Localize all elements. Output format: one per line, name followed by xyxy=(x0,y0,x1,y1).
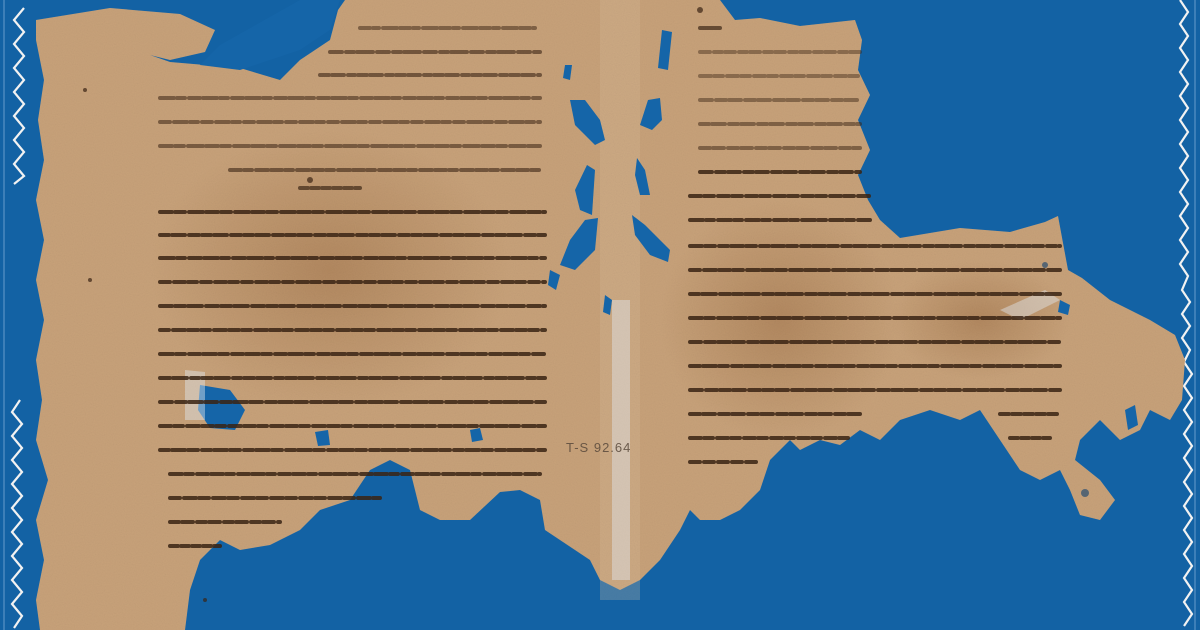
shelfmark-label: T-S 92.64 xyxy=(566,440,631,455)
manuscript-photo xyxy=(0,0,1200,630)
